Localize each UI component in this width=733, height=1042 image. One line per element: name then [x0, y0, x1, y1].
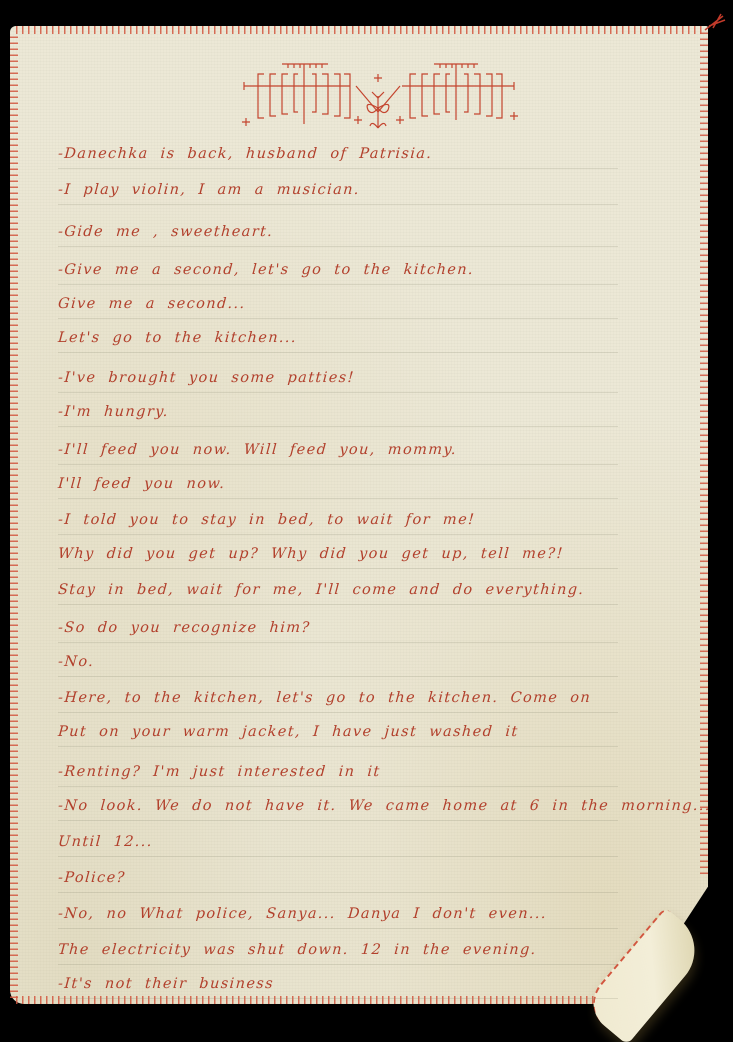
dialogue-line: Give me a second... — [57, 296, 246, 312]
dialogue-line: Stay in bed, wait for me, I'll come and … — [57, 582, 585, 598]
dialogue-line: The electricity was shut down. 12 in the… — [57, 942, 537, 958]
pencil-guide-line — [58, 604, 618, 605]
pencil-guide-line — [58, 318, 618, 319]
loose-thread-icon — [703, 12, 727, 32]
pencil-guide-line — [58, 786, 618, 787]
dialogue-line: -Renting? I'm just interested in it — [57, 764, 381, 780]
dialogue-line: Put on your warm jacket, I have just was… — [57, 724, 519, 740]
dialogue-line: -I'll feed you now. Will feed you, mommy… — [57, 442, 457, 458]
dialogue-line: -So do you recognize him? — [57, 620, 311, 636]
pencil-guide-line — [58, 746, 618, 747]
dialogue-line: -Give me a second, let's go to the kitch… — [57, 262, 474, 278]
pencil-guide-line — [58, 998, 618, 999]
dialogue-line: -Police? — [57, 870, 126, 886]
pencil-guide-line — [58, 168, 618, 169]
pencil-guide-line — [58, 204, 618, 205]
pencil-guide-line — [58, 892, 618, 893]
pencil-guide-line — [58, 676, 618, 677]
dialogue-line: -I've brought you some patties! — [57, 370, 355, 386]
dialogue-line: Why did you get up? Why did you get up, … — [57, 546, 564, 562]
blanket-stitch-top-edge — [16, 26, 702, 34]
pencil-guide-line — [58, 642, 618, 643]
dialogue-line: -Here, to the kitchen, let's go to the k… — [57, 690, 591, 706]
dialogue-line: Until 12... — [57, 834, 153, 850]
dialogue-line: -No, no What police, Sanya... Danya I do… — [57, 906, 547, 922]
dialogue-line: -I told you to stay in bed, to wait for … — [57, 512, 475, 528]
pencil-guide-line — [58, 392, 618, 393]
dialogue-line: -Danechka is back, husband of Patrisia. — [57, 146, 433, 162]
pencil-guide-line — [58, 246, 618, 247]
pencil-guide-line — [58, 712, 618, 713]
pencil-guide-line — [58, 964, 618, 965]
dialogue-line: I'll feed you now. — [57, 476, 226, 492]
blanket-stitch-right-edge — [700, 32, 708, 874]
pencil-guide-line — [58, 820, 618, 821]
pencil-guide-line — [58, 534, 618, 535]
pencil-guide-line — [58, 284, 618, 285]
pencil-guide-line — [58, 464, 618, 465]
pencil-guide-line — [58, 928, 618, 929]
pencil-guide-line — [58, 856, 618, 857]
dialogue-line: Let's go to the kitchen... — [57, 330, 297, 346]
blanket-stitch-left-edge — [10, 32, 18, 998]
dialogue-line: -No look. We do not have it. We came hom… — [57, 798, 711, 814]
dialogue-line: -No. — [57, 654, 94, 670]
dialogue-line: -Gide me , sweetheart. — [57, 224, 273, 240]
pencil-guide-line — [58, 352, 618, 353]
folk-ornament-icon — [232, 52, 532, 132]
pencil-guide-line — [58, 568, 618, 569]
dialogue-line: -I play violin, I am a musician. — [57, 182, 360, 198]
dialogue-line: -It's not their business — [57, 976, 274, 992]
pencil-guide-line — [58, 426, 618, 427]
pencil-guide-line — [58, 498, 618, 499]
dialogue-line: -I'm hungry. — [57, 404, 169, 420]
